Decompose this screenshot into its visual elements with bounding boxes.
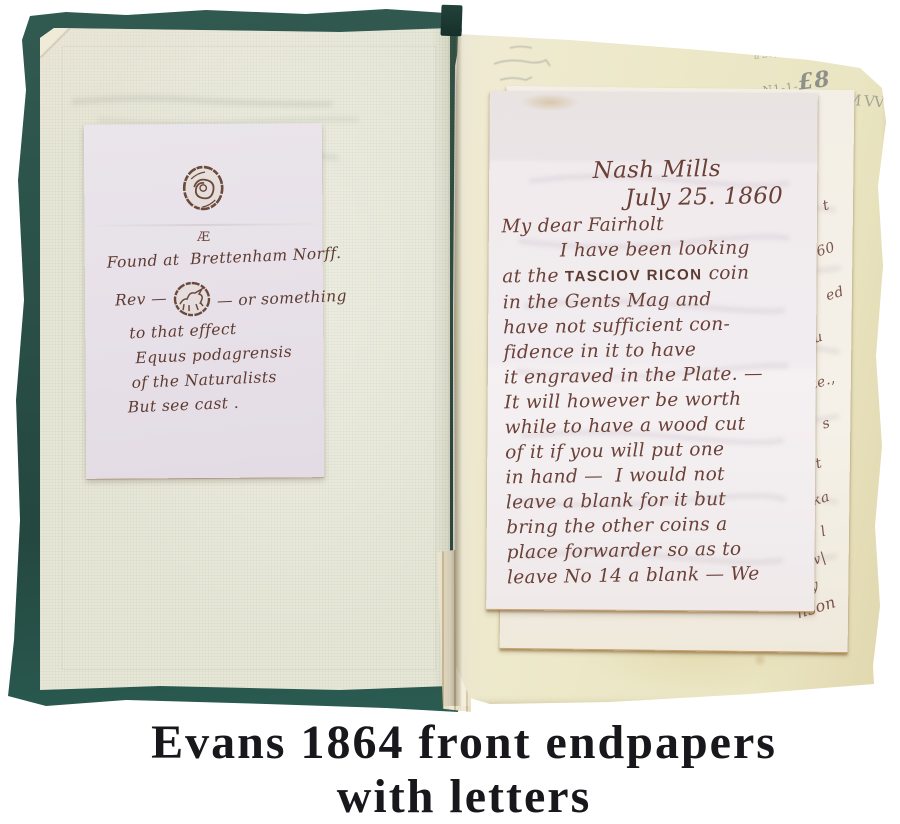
note-rev-prefix: Rev — xyxy=(115,289,168,309)
spine-head-cap xyxy=(440,5,462,37)
letter-line: I have been looking xyxy=(560,235,804,264)
letter-line: Nash Mills xyxy=(592,154,802,185)
letter-text: Nash MillsJuly 25. 1860My dear FairholtI… xyxy=(500,154,809,591)
note-line: to that effect xyxy=(129,320,237,342)
letter-line-part: at the xyxy=(502,265,565,287)
ink-fragment: ed xyxy=(824,284,846,305)
letter-sheet: Nash MillsJuly 25. 1860My dear FairholtI… xyxy=(486,91,818,612)
letter-line-part: coin xyxy=(702,263,749,285)
note-line: But see cast . xyxy=(127,394,239,417)
paper-stain xyxy=(520,93,580,111)
book-photograph: Æ Found at Brettenham Norff. Rev — — or … xyxy=(0,0,900,824)
letter-line: July 25. 1860 xyxy=(625,182,803,213)
note-rev-suffix: — or something xyxy=(217,287,348,310)
caption-line-2: with letters xyxy=(14,770,900,824)
caption-line-1: Evans 1864 front endpapers xyxy=(14,716,900,770)
letter-line: leave No 14 a blank — We xyxy=(507,561,809,591)
letter-line-part: TASCIOV RICON xyxy=(565,266,703,285)
pasted-coin-note: Æ Found at Brettenham Norff. Rev — — or … xyxy=(84,123,324,479)
metal-abbreviation: Æ xyxy=(85,229,323,246)
pencil-note-small: a Sept xyxy=(753,48,783,62)
note-found-line: Found at Brettenham Norff. xyxy=(106,244,341,272)
coin-sketch-horse xyxy=(172,280,212,318)
note-reverse-row: Rev — — or something xyxy=(115,279,347,319)
note-line: of the Naturalists xyxy=(131,368,277,392)
right-free-endpaper: a Sept N1-1-£8 M VV t60edute.,stikalw|ay… xyxy=(450,26,890,706)
note-line: Equus podagrensis xyxy=(135,343,292,368)
letter-line: it engraved in the Plate. — xyxy=(504,361,806,391)
ink-fragment: l xyxy=(819,523,828,540)
coin-sketch-obverse xyxy=(181,164,225,212)
ink-fragment: 60 xyxy=(815,239,838,260)
ink-fragment: t xyxy=(821,197,832,214)
image-caption: Evans 1864 front endpapers with letters xyxy=(14,716,900,824)
ink-fragment: s xyxy=(820,415,832,433)
